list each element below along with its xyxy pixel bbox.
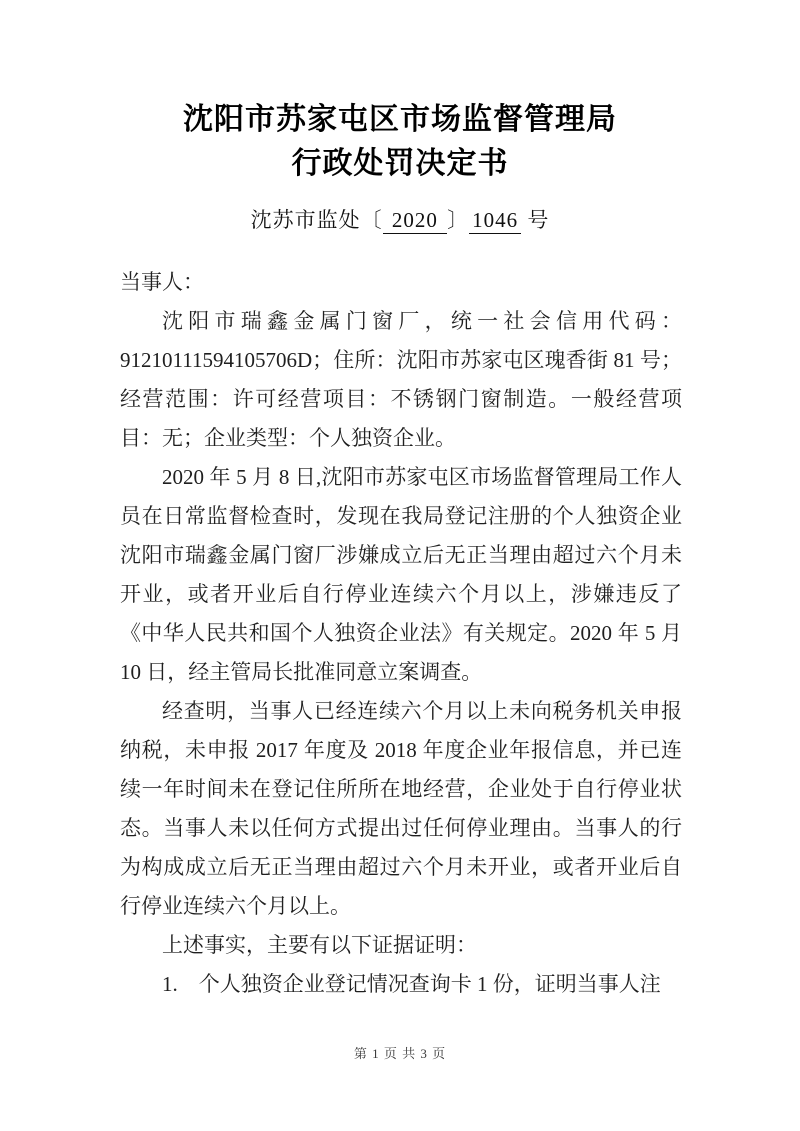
document-body: 当事人： 沈阳市瑞鑫金属门窗厂，统一社会信用代码：912101115941057… [0, 263, 800, 1004]
document-title-block: 沈阳市苏家屯区市场监督管理局 行政处罚决定书 [0, 0, 800, 186]
doc-number-close-bracket: 〕 [447, 208, 469, 232]
doc-number-serial: 1046 [469, 208, 521, 234]
paragraph-party-info: 沈阳市瑞鑫金属门窗厂，统一社会信用代码：91210111594105706D；住… [120, 302, 682, 458]
paragraph-findings: 经查明，当事人已经连续六个月以上未向税务机关申报纳税，未申报 2017 年度及 … [120, 692, 682, 926]
document-title-type: 行政处罚决定书 [0, 142, 800, 186]
paragraph-evidence-item-1: 1. 个人独资企业登记情况查询卡 1 份，证明当事人注 [120, 965, 682, 1004]
doc-number-year: 2020 [383, 208, 448, 234]
page-number-footer: 第 1 页 共 3 页 [0, 1044, 800, 1064]
paragraph-evidence-intro: 上述事实，主要有以下证据证明： [120, 926, 682, 965]
penalty-decision-document-page: 沈阳市苏家屯区市场监督管理局 行政处罚决定书 沈苏市监处〔 2020 〕1046… [0, 0, 800, 1131]
document-number: 沈苏市监处〔 2020 〕1046 号 [0, 205, 800, 235]
doc-number-suffix: 号 [521, 208, 549, 232]
doc-number-prefix: 沈苏市监处〔 [251, 208, 383, 232]
paragraph-party-label: 当事人： [120, 263, 682, 302]
document-title-agency: 沈阳市苏家屯区市场监督管理局 [0, 98, 800, 142]
paragraph-case-discovery: 2020 年 5 月 8 日,沈阳市苏家屯区市场监督管理局工作人员在日常监督检查… [120, 458, 682, 692]
